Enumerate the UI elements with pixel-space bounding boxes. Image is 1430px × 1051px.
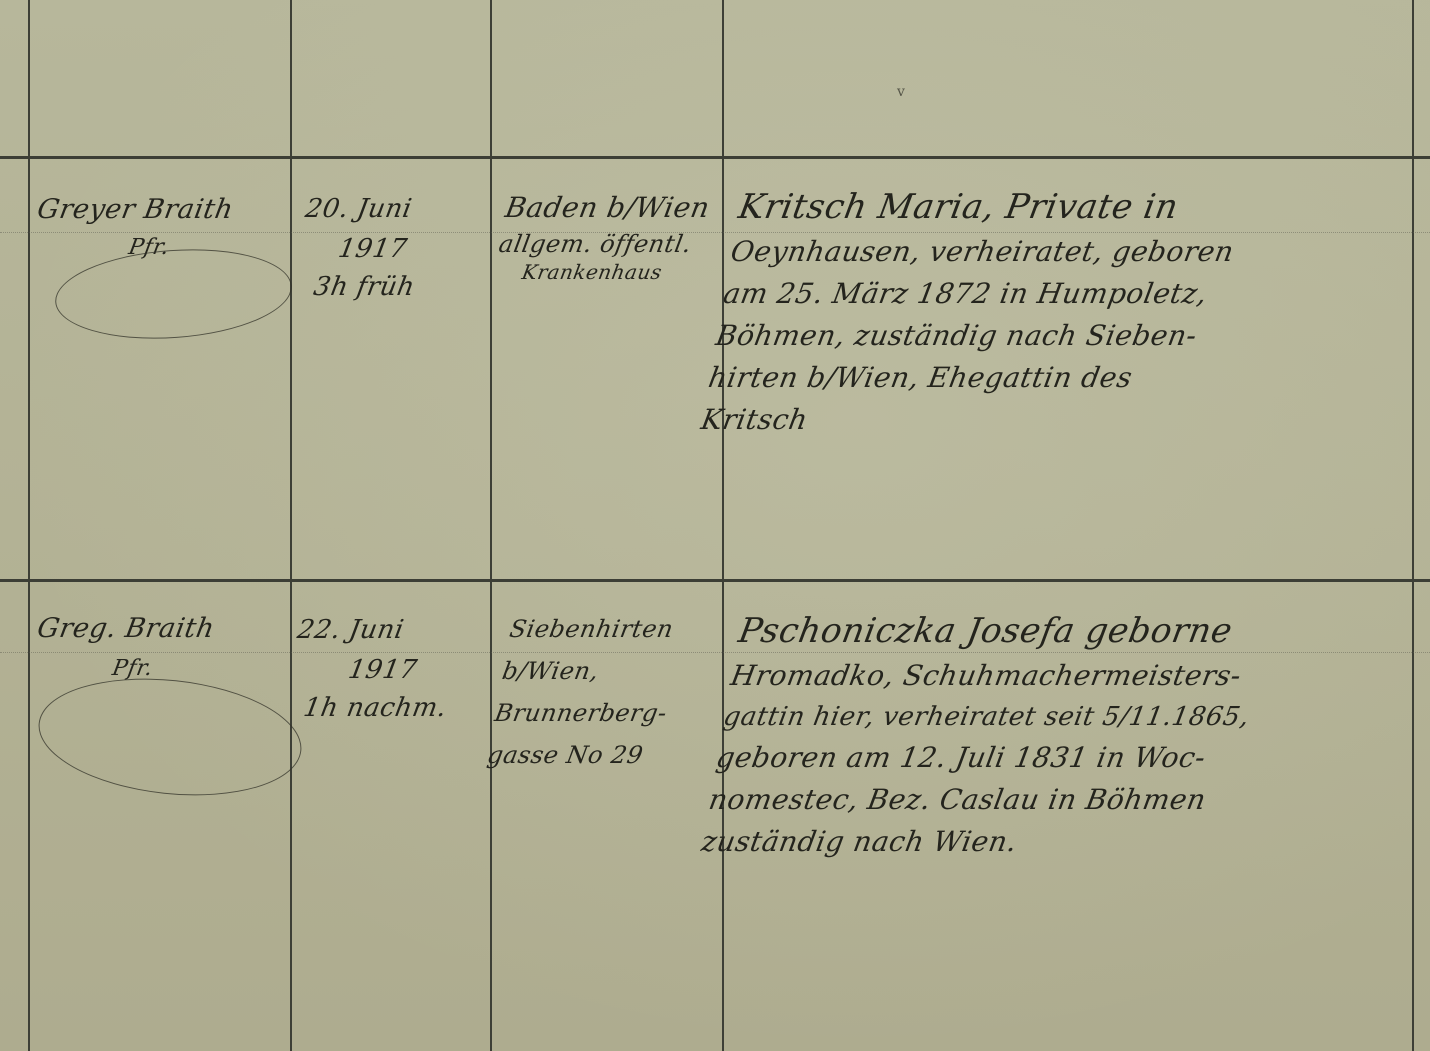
date-time: 3h früh: [312, 274, 417, 300]
place-line: Krankenhaus: [520, 262, 699, 282]
deceased-cell: Kritsch Maria, Private in Oeynhausen, ve…: [699, 190, 1244, 434]
deceased-line: am 25. März 1872 in Humpoletz,: [721, 280, 1228, 308]
deceased-line: hirten b/Wien, Ehegattin des: [706, 364, 1213, 392]
date-day-month: 22. Juni: [295, 617, 462, 643]
place-line: Siebenhirten: [508, 617, 684, 641]
date-day-month: 20. Juni: [303, 196, 430, 222]
place-line: Brunnerberg-: [493, 701, 669, 725]
place-line: Baden b/Wien: [503, 194, 712, 222]
deceased-line: zuständig nach Wien.: [699, 828, 1229, 856]
row-rule: [0, 579, 1430, 582]
date-year: 1917: [336, 236, 423, 262]
place-line: b/Wien,: [500, 659, 676, 683]
officiant-name: Greyer Braith: [35, 196, 235, 223]
deceased-line: Kritsch Maria, Private in: [736, 190, 1244, 224]
officiant-cell: Greg. Braith Pfr.: [29, 615, 217, 680]
place-line: allgem. öffentl.: [497, 232, 705, 256]
deceased-line: geboren am 12. Juli 1831 in Woc-: [714, 744, 1244, 772]
check-mark: v: [897, 84, 905, 100]
deceased-line: Oeynhausen, verheiratet, geboren: [729, 238, 1236, 266]
date-time: 1h nachm.: [302, 695, 449, 721]
place-cell: Siebenhirten b/Wien, Brunnerberg- gasse …: [486, 617, 684, 767]
deceased-line: Kritsch: [699, 406, 1206, 434]
date-year: 1917: [346, 657, 455, 683]
deceased-line: nomestec, Bez. Caslau in Böhmen: [707, 786, 1237, 814]
date-cell: 22. Juni 1917 1h nachm.: [282, 617, 463, 721]
deceased-line: Pschoniczka Josefa geborne: [736, 614, 1267, 648]
place-cell: Baden b/Wien allgem. öffentl. Krankenhau…: [492, 194, 711, 282]
deceased-line: Böhmen, zuständig nach Sieben-: [714, 322, 1221, 350]
deceased-line: gattin hier, verheiratet seit 5/11.1865,: [722, 704, 1252, 730]
officiant-title: Pfr.: [111, 658, 210, 680]
deceased-line: Hromadko, Schuhmachermeisters-: [729, 662, 1259, 690]
date-cell: 20. Juni 1917 3h früh: [290, 196, 431, 300]
officiant-name: Greg. Braith: [35, 615, 216, 642]
deceased-cell: Pschoniczka Josefa geborne Hromadko, Sch…: [699, 614, 1267, 856]
place-line: gasse No 29: [486, 743, 662, 767]
row-rule: [0, 156, 1430, 159]
